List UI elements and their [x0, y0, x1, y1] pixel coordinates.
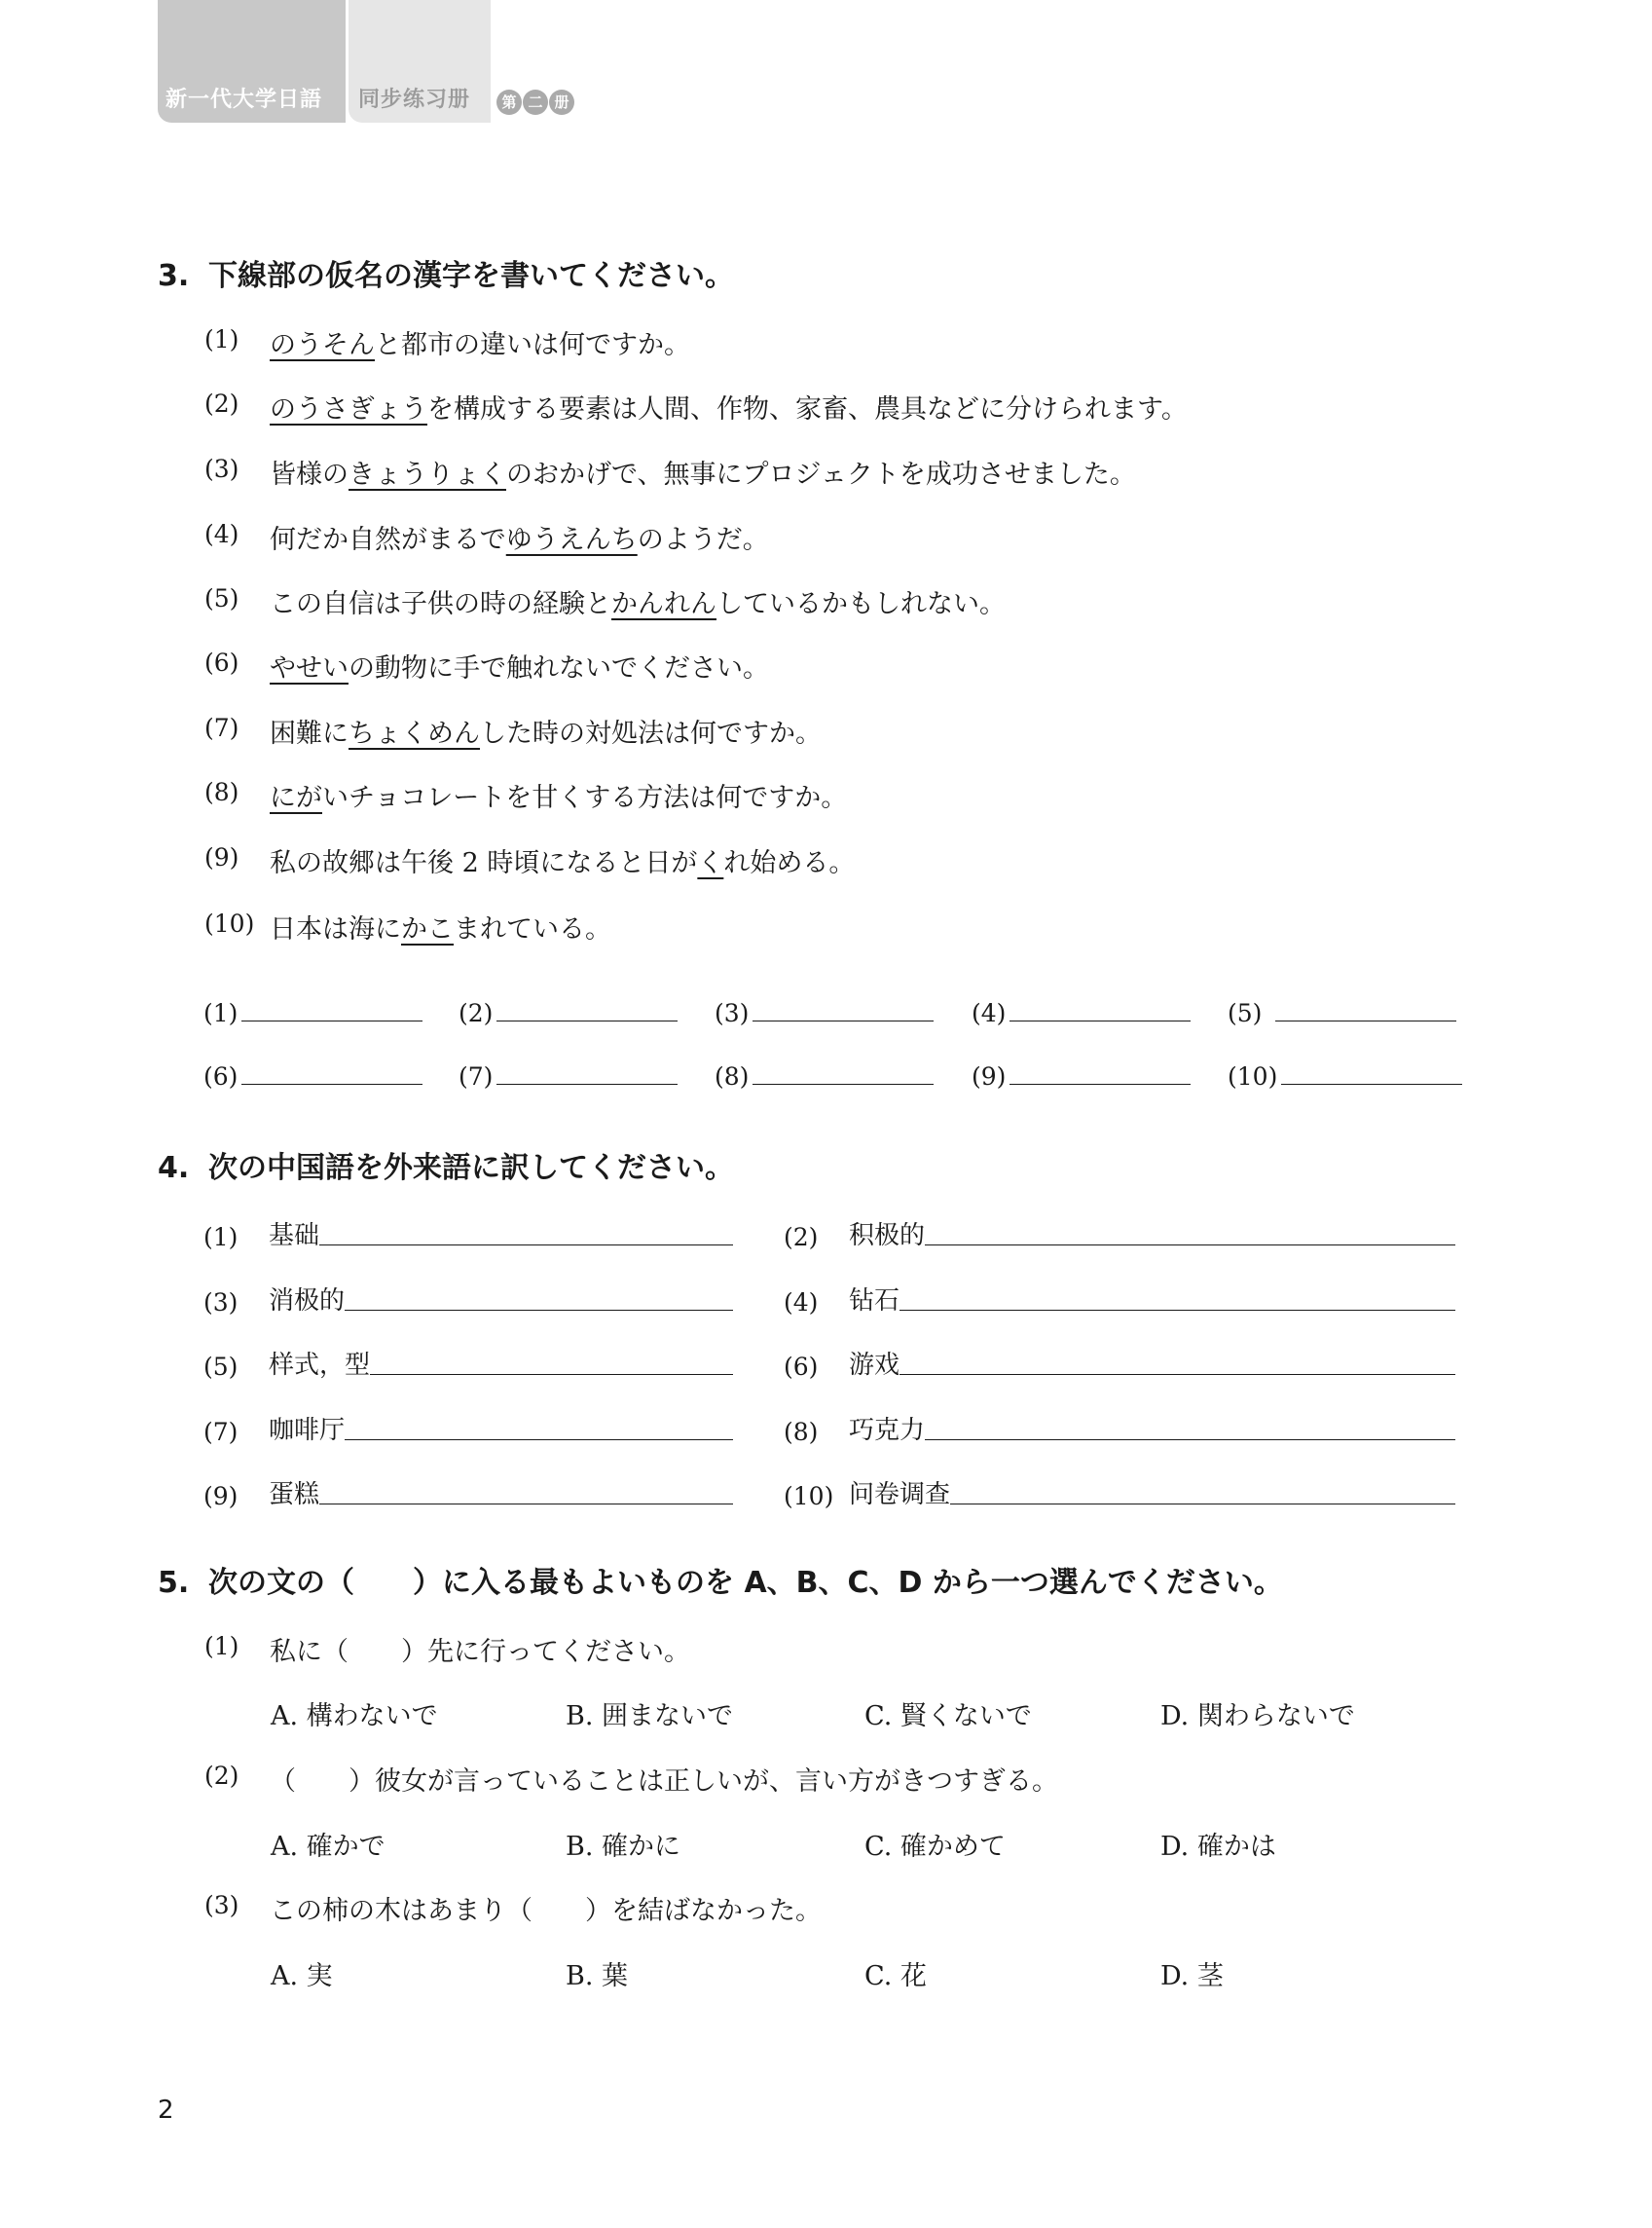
- underlined-kana: かんれん: [611, 589, 716, 619]
- underlined-kana: にが: [270, 783, 322, 813]
- question-sentence: この柿の木はあまり（ ）を結ばなかった。: [270, 1889, 822, 1927]
- option-d[interactable]: D. 関わらないで: [1160, 1694, 1355, 1732]
- question-sentence: のうそんと都市の違いは何ですか。: [270, 323, 690, 361]
- answer-line: [925, 1244, 1455, 1245]
- underlined-kana: のうそん: [270, 330, 375, 360]
- workbook-title: 同步练习册: [358, 83, 470, 113]
- option-a[interactable]: A. 実: [271, 1954, 333, 1992]
- answer-line: [950, 1504, 1455, 1504]
- option-a[interactable]: A. 構わないで: [271, 1694, 438, 1732]
- question-sentence: 困難にちょくめんした時の対処法は何ですか。: [270, 712, 822, 750]
- volume-badge-char: 册: [549, 90, 574, 115]
- book-title: 新一代大学日語: [165, 83, 322, 113]
- answer-blank[interactable]: (10): [1228, 1062, 1462, 1091]
- translation-item[interactable]: (1)基础: [203, 1215, 733, 1251]
- question-label: (10): [204, 910, 254, 938]
- option-d[interactable]: D. 確かは: [1160, 1825, 1276, 1863]
- option-a[interactable]: A. 確かで: [271, 1825, 385, 1863]
- underlined-kana: かこ: [401, 914, 454, 945]
- option-c[interactable]: C. 花: [864, 1954, 927, 1992]
- question-label: (2): [204, 1762, 239, 1790]
- answer-line: [899, 1374, 1455, 1375]
- translation-item[interactable]: (2)积极的: [784, 1215, 1455, 1251]
- question-sentence: やせいの動物に手で触れないでください。: [270, 647, 769, 685]
- question-label: (8): [204, 778, 239, 806]
- answer-blank[interactable]: (9): [972, 1062, 1191, 1091]
- section-3-heading: 3.下線部の仮名の漢字を書いてください。: [158, 251, 734, 294]
- question-label: (3): [204, 1891, 239, 1919]
- question-label: (1): [204, 325, 239, 353]
- option-c[interactable]: C. 確かめて: [864, 1825, 1006, 1863]
- answer-blank[interactable]: (6): [203, 1062, 422, 1091]
- answer-line: [319, 1504, 733, 1504]
- section-title: 次の中国語を外来語に訳してください。: [208, 1151, 734, 1185]
- question-sentence: 私の故郷は午後 2 時頃になると日がくれ始める。: [270, 841, 855, 879]
- answer-blank[interactable]: (8): [715, 1062, 934, 1091]
- answer-line: [345, 1310, 733, 1311]
- answer-blank[interactable]: (5): [1228, 999, 1456, 1027]
- answer-blank[interactable]: (3): [715, 999, 934, 1027]
- header-workbook-tab: 同步练习册: [349, 0, 491, 123]
- question-sentence: （ ）彼女が言っていることは正しいが、言い方がきつすぎる。: [270, 1760, 1058, 1798]
- section-title: 次の文の（ ）に入る最もよいものを A、B、C、D から一つ選んでください。: [208, 1566, 1283, 1600]
- option-b[interactable]: B. 葉: [566, 1954, 628, 1992]
- section-4-heading: 4.次の中国語を外来語に訳してください。: [158, 1143, 734, 1186]
- underlined-kana: やせい: [270, 653, 349, 684]
- answer-line: [370, 1374, 733, 1375]
- underlined-kana: きょうりょく: [349, 460, 506, 490]
- underlined-kana: ちょくめん: [349, 719, 480, 749]
- translation-item[interactable]: (7)咖啡厅: [203, 1410, 733, 1446]
- section-5-heading: 5.次の文の（ ）に入る最もよいものを A、B、C、D から一つ選んでください。: [158, 1558, 1283, 1601]
- translation-item[interactable]: (4)钻石: [784, 1281, 1455, 1317]
- question-sentence: 私に（ ）先に行ってください。: [270, 1630, 690, 1668]
- question-sentence: 日本は海にかこまれている。: [270, 908, 611, 946]
- question-label: (7): [204, 714, 239, 742]
- translation-item[interactable]: (10)问卷调查: [784, 1474, 1455, 1510]
- section-number: 5.: [158, 1566, 208, 1600]
- translation-item[interactable]: (8)巧克力: [784, 1410, 1455, 1446]
- translation-item[interactable]: (9)蛋糕: [203, 1474, 733, 1510]
- question-label: (9): [204, 843, 239, 872]
- question-sentence: この自信は子供の時の経験とかんれんしているかもしれない。: [270, 582, 1006, 620]
- question-label: (6): [204, 649, 239, 677]
- question-sentence: にがいチョコレートを甘くする方法は何ですか。: [270, 776, 847, 814]
- translation-item[interactable]: (6)游戏: [784, 1345, 1455, 1381]
- option-d[interactable]: D. 茎: [1160, 1954, 1224, 1992]
- answer-line: [899, 1310, 1455, 1311]
- translation-item[interactable]: (5)样式，型: [203, 1345, 733, 1381]
- question-sentence: 皆様のきょうりょくのおかげで、無事にプロジェクトを成功させました。: [270, 453, 1136, 491]
- answer-line: [319, 1244, 733, 1245]
- header-book-tab: 新一代大学日語: [158, 0, 346, 123]
- answer-blank[interactable]: (1): [203, 999, 422, 1027]
- volume-badge-char: 第: [496, 90, 522, 115]
- section-title: 下線部の仮名の漢字を書いてください。: [208, 259, 734, 293]
- question-label: (2): [204, 390, 239, 418]
- section-number: 3.: [158, 259, 208, 293]
- option-c[interactable]: C. 賢くないで: [864, 1694, 1032, 1732]
- question-sentence: 何だか自然がまるでゆうえんちのようだ。: [270, 518, 769, 556]
- option-b[interactable]: B. 確かに: [566, 1825, 680, 1863]
- question-label: (1): [204, 1632, 239, 1660]
- volume-badge: 第 二 册: [496, 90, 575, 115]
- translation-item[interactable]: (3)消极的: [203, 1281, 733, 1317]
- underlined-kana: のうさぎょう: [270, 394, 427, 425]
- answer-line: [925, 1439, 1455, 1440]
- section-number: 4.: [158, 1151, 208, 1185]
- question-label: (3): [204, 455, 239, 483]
- page-number: 2: [158, 2096, 174, 2125]
- answer-blank[interactable]: (2): [459, 999, 678, 1027]
- answer-line: [345, 1439, 733, 1440]
- volume-badge-char: 二: [523, 90, 548, 115]
- option-b[interactable]: B. 囲まないで: [566, 1694, 733, 1732]
- answer-blank[interactable]: (7): [459, 1062, 678, 1091]
- underlined-kana: ゆうえんち: [506, 525, 638, 555]
- answer-blank[interactable]: (4): [972, 999, 1191, 1027]
- question-label: (5): [204, 584, 239, 613]
- question-label: (4): [204, 520, 239, 548]
- question-sentence: のうさぎょうを構成する要素は人間、作物、家畜、農具などに分けられます。: [270, 388, 1188, 426]
- underlined-kana: く: [697, 848, 723, 878]
